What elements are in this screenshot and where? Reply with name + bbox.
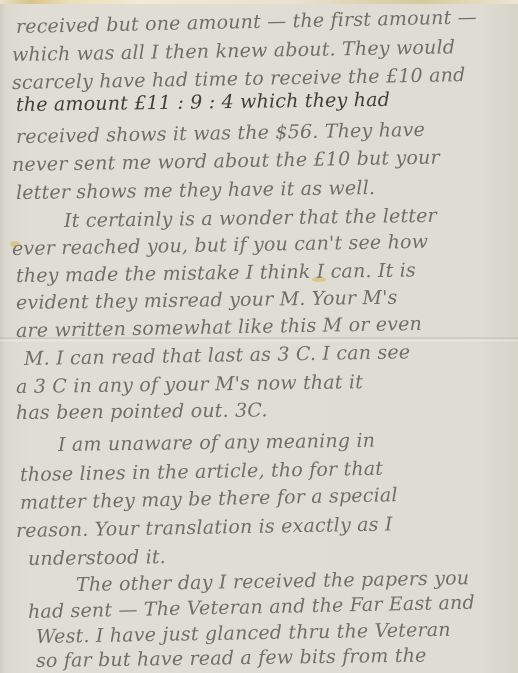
letter-line: evident they misread your M. Your M's <box>16 289 398 313</box>
letter-line: so far but have read a few bits from the <box>36 647 427 671</box>
letter-line: matter they may be there for a special <box>20 486 398 513</box>
letter-line: received but one amount — the first amou… <box>16 8 477 37</box>
letter-line: had sent — The Veteran and the Far East … <box>28 594 475 622</box>
letter-line: a 3 C in any of your M's now that it <box>16 373 363 397</box>
letter-line-amount: the amount £11 : 9 : 4 which they had <box>16 91 390 115</box>
letter-page: received but one amount — the first amou… <box>0 0 518 673</box>
letter-line: The other day I received the papers you <box>76 569 470 595</box>
letter-line: M. I can read that last as 3 C. I can se… <box>24 343 411 369</box>
letter-line: received shows it was the $56. They have <box>16 121 425 147</box>
letter-line: understood it. <box>28 548 166 569</box>
letter-line: which was all I then knew about. They wo… <box>12 38 455 65</box>
letter-line: letter shows me they have it as well. <box>16 179 375 203</box>
letter-line: I am unaware of any meaning in <box>58 432 375 455</box>
letter-line: are written somewhat like this M or even <box>16 315 422 341</box>
letter-line: those lines in the article, tho for that <box>20 460 384 485</box>
letter-line: West. I have just glanced thru the Veter… <box>36 621 451 647</box>
letter-line: ever reached you, but if you can't see h… <box>12 233 428 259</box>
paper-top-edge <box>0 0 518 4</box>
letter-line: they made the mistake I think I can. It … <box>16 261 416 286</box>
letter-line: It certainly is a wonder that the letter <box>64 207 437 231</box>
letter-line-3c: has been pointed out. 3C. <box>16 401 268 423</box>
letter-line: scarcely have had time to receive the £1… <box>12 66 466 93</box>
letter-line: never sent me word about the £10 but you… <box>12 149 440 175</box>
letter-line: reason. Your translation is exactly as I <box>16 515 393 541</box>
